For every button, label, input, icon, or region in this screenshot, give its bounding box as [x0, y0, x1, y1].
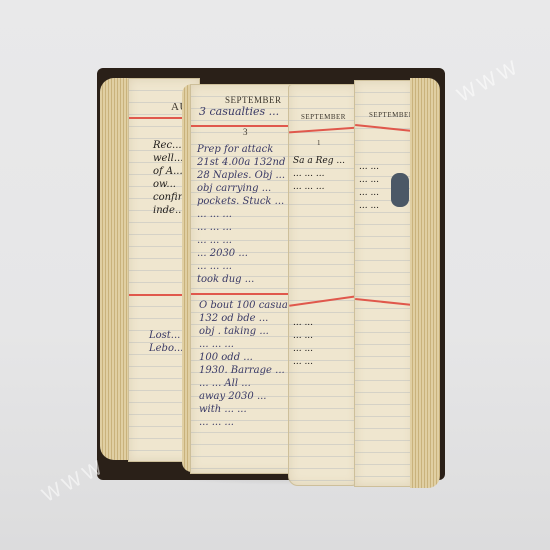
page-right-leaf-header: SEPTEMBER [301, 113, 346, 121]
ink-stain [391, 173, 409, 207]
page-far-right-header: SEPTEMBER [369, 111, 414, 119]
page-center-text: Prep for attack 21st 4.00a 132nd ... 28 … [197, 143, 298, 286]
page-center-september: SEPTEMBER 3 casualties ... 3 Prep for at… [190, 84, 302, 474]
page-center-date: 3 [243, 127, 248, 137]
page-right-leaf-lower-text: ... ... ... ... ... ... ... ... [293, 317, 313, 369]
page-edges-right [410, 78, 440, 488]
page-center-top-line: 3 casualties ... [199, 105, 279, 118]
page-right-leaf: SEPTEMBER 1 Sa a Reg ... ... ... ... ...… [288, 84, 358, 486]
page-right-leaf-date: 1 [317, 139, 321, 147]
photo-scene: AU Rec... well... of A... ow... confir..… [0, 0, 550, 550]
page-left-lower-text: Lost... Lebo... [149, 329, 183, 355]
page-far-right-text: ... ... ... ... ... ... ... ... [359, 161, 379, 213]
page-edges-left [100, 78, 130, 460]
page-right-leaf-text: Sa a Reg ... ... ... ... ... ... ... [293, 155, 345, 194]
watermark: WWW [454, 55, 525, 108]
page-center-lower-text: O bout 100 casual... 132 od bde ... obj … [199, 299, 301, 429]
page-center-header: SEPTEMBER [225, 95, 282, 105]
page-far-right: SEPTEMBER ... ... ... ... ... ... ... ..… [354, 80, 414, 487]
watermark: WWW [39, 455, 110, 508]
